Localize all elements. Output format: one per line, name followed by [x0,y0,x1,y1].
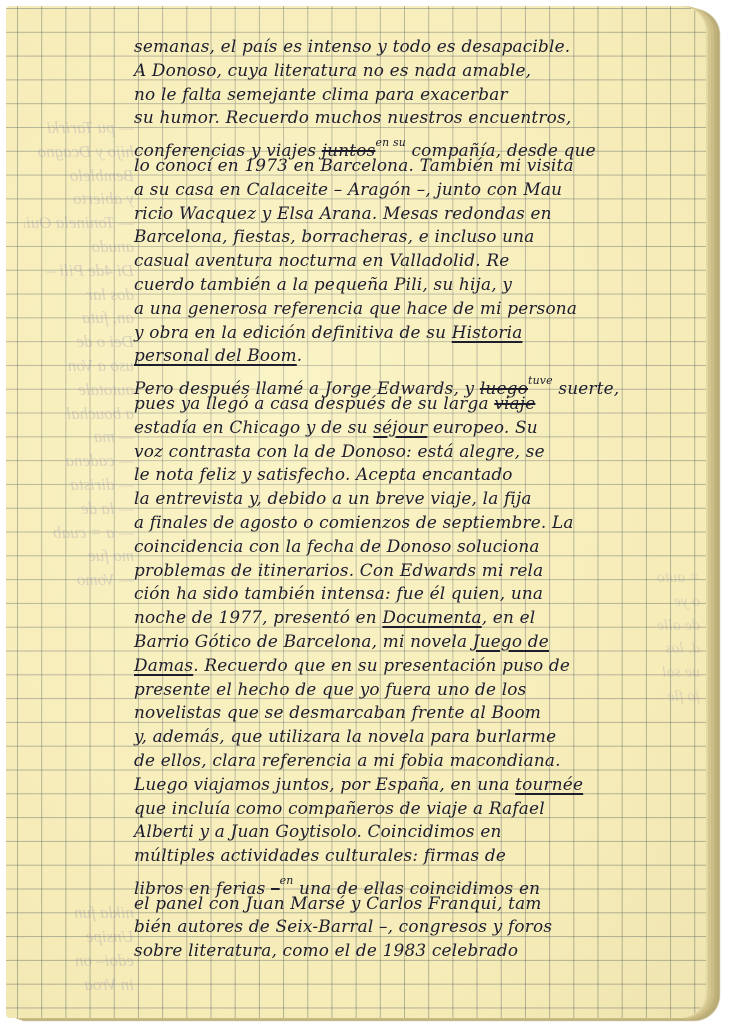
manuscript-line: que incluía como compañeros de viaje a R… [134,798,699,822]
bleed-through-line [24,854,134,878]
bleed-through-line: a bouchal [24,402,134,426]
line-text: que incluía como compañeros de viaje a R… [134,799,545,819]
manuscript-line: a finales de agosto o comienzos de septi… [134,512,699,536]
manuscript-line: libros en ferias –en una de ellas coinci… [134,869,699,893]
bleed-through-line: Bemblelo [24,164,134,188]
manuscript-line: su humor. Recuerdo muchos nuestros encue… [134,107,699,131]
bleed-through-line [24,878,134,902]
bleed-through-line: Unsipe [24,925,134,949]
manuscript-line: sobre literatura, como el de 1983 celebr… [134,940,699,964]
manuscript-line: a su casa en Calaceite – Aragón –, junto… [134,179,699,203]
underlined-title: Documenta [382,608,481,628]
bleed-through-line: uso a Von [24,354,134,378]
manuscript-line: noche de 1977, presentó en Documenta, en… [134,607,699,631]
bleed-through-line [24,806,134,830]
manuscript-line: problemas de itinerarios. Con Edwards mi… [134,560,699,584]
line-text: . [297,346,303,366]
manuscript-line: Alberti y a Juan Goytisolo. Coincidimos … [134,821,699,845]
bleed-through-line [24,640,134,664]
manuscript-line: voz contrasta con la de Donoso: está ale… [134,441,699,465]
manuscript-line: Damas. Recuerdo que en su presentación p… [134,655,699,679]
bleed-through-line: — Vomo [24,568,134,592]
manuscript-line: Barcelona, fiestas, borracheras, e inclu… [134,226,699,250]
bleed-through-line: hijo y Dcagno [24,140,134,164]
bleed-through-line: Di 4de Pili – [24,259,134,283]
bleed-through-line: autotale [24,378,134,402]
line-text: bién autores de Seix-Barral –, congresos… [134,917,552,937]
bleed-through-line: Dei o de [24,330,134,354]
manuscript-line: coincidencia con la fecha de Donoso solu… [134,536,699,560]
line-text: a finales de agosto o comienzos de septi… [134,513,574,533]
handwritten-text: semanas, el país es intenso y todo es de… [134,36,704,964]
manuscript-line: semanas, el país es intenso y todo es de… [134,36,699,60]
manuscript-line: a una generosa referencia que hace de mi… [134,298,699,322]
line-text: a su casa en Calaceite – Aragón –, junto… [134,180,562,200]
manuscript-line: Barrio Gótico de Barcelona, mi novela Ju… [134,631,699,655]
manuscript-line: múltiples actividades culturales: firmas… [134,845,699,869]
manuscript-line: Luego viajamos juntos, por España, en un… [134,774,699,798]
underlined-title: Historia [452,323,523,343]
bleed-through-line [24,830,134,854]
line-text: de ellos, clara referencia a mi fobia ma… [134,751,561,771]
underlined-title: tournée [515,775,583,795]
line-text: múltiples actividades culturales: firmas… [134,846,506,866]
manuscript-line: pues ya llegó a casa después de su larga… [134,393,699,417]
line-text: Barrio Gótico de Barcelona, mi novela [134,632,473,652]
underlined-title: personal del Boom [134,346,297,366]
manuscript-line: estadía en Chicago y de su séjour europe… [134,417,699,441]
underlined-title: Damas [134,656,193,676]
bleed-through-line [24,711,134,735]
line-text: su humor. Recuerdo muchos nuestros encue… [134,108,571,128]
line-text: casual aventura nocturna en Valladolid. … [134,251,509,271]
bleed-through-line [24,735,134,759]
line-text: Barcelona, fiestas, borracheras, e inclu… [134,227,534,247]
line-text: noche de 1977, presentó en [134,608,382,628]
bleed-through-line [24,687,134,711]
inserted-correction: tuve [528,374,553,387]
manuscript-line: la entrevista y, debido a un breve viaje… [134,488,699,512]
line-text: , en el [482,608,536,628]
manuscript-line: novelistas que se desmarcaban frente al … [134,702,699,726]
line-text: el panel con Juan Marsé y Carlos Franqui… [134,894,542,914]
line-text: coincidencia con la fecha de Donoso solu… [134,537,540,557]
line-text: le nota feliz y satisfecho. Acepta encan… [134,465,513,485]
manuscript-line: A Donoso, cuya literatura no es nada ama… [134,60,699,84]
notebook-page: — pu Tarirkihijo y DcagnoBembleloy abier… [6,6,706,1018]
manuscript-line: presente el hecho de que yo fuera uno de… [134,679,699,703]
manuscript-line: cuerdo también a la pequeña Pili, su hij… [134,274,699,298]
manuscript-line: de ellos, clara referencia a mi fobia ma… [134,750,699,774]
bleed-through-line: — ma [24,425,134,449]
bleed-through-line: in Vroa [24,973,134,997]
line-text: voz contrasta con la de Donoso: está ale… [134,442,545,462]
struck-out-word: viaje [494,394,535,414]
line-text: Luego viajamos juntos, por España, en un… [134,775,515,795]
line-text: A Donoso, cuya literatura no es nada ama… [134,61,531,81]
bleed-through-line: — la de [24,497,134,521]
line-text: novelistas que se desmarcaban frente al … [134,703,541,723]
manuscript-line: ricio Wacquez y Elsa Arana. Mesas redond… [134,203,699,227]
line-text: ricio Wacquez y Elsa Arana. Mesas redond… [134,204,552,224]
inserted-correction: en [280,874,294,887]
bleed-through-line [24,592,134,616]
manuscript-line: y, además, que utilizara la novela para … [134,726,699,750]
line-text: ción ha sido también intensa: fue él qui… [134,584,543,604]
line-text: sobre literatura, como el de 1983 celebr… [134,941,518,961]
bleed-through-line: y abierto [24,187,134,211]
bleed-through-line: edoi– on [24,949,134,973]
line-text: no le falta semejante clima para exacerb… [134,85,508,105]
bleed-through-line [24,759,134,783]
bleed-through-line: — cadena [24,449,134,473]
line-text: y, además, que utilizara la novela para … [134,727,556,747]
underlined-title: Juego de [473,632,549,652]
bleed-through-line: an, futa [24,306,134,330]
line-text: cuerdo también a la pequeña Pili, su hij… [134,275,512,295]
line-text: europeo. Su [427,418,537,438]
line-text: a una generosa referencia que hace de mi… [134,299,577,319]
line-text: semanas, el país es intenso y todo es de… [134,37,570,57]
line-text: pues ya llegó a casa después de su larga [134,394,494,414]
bleed-through-line: — Toninela Ouirtu [24,211,134,235]
bleed-through-line [24,616,134,640]
manuscript-line: le nota feliz y satisfecho. Acepta encan… [134,464,699,488]
bleed-through-line: dos lar [24,283,134,307]
line-text: Alberti y a Juan Goytisolo. Coincidimos … [134,822,502,842]
bleed-through-line: mo fue [24,544,134,568]
line-text: problemas de itinerarios. Con Edwards mi… [134,561,543,581]
bleed-through-line: — pu Tarirki [24,116,134,140]
inserted-correction: en su [375,136,406,149]
manuscript-line: conferencias y viajes juntosen su compañ… [134,131,699,155]
manuscript-line: y obra en la edición definitiva de su Hi… [134,322,699,346]
manuscript-line: casual aventura nocturna en Valladolid. … [134,250,699,274]
bleed-through-line: nikla fun [24,901,134,925]
bleed-through-line [24,663,134,687]
bleed-through-line: — dirista [24,473,134,497]
manuscript-line: bién autores de Seix-Barral –, congresos… [134,916,699,940]
manuscript-line: el panel con Juan Marsé y Carlos Franqui… [134,893,699,917]
bleed-through-left: — pu Tarirkihijo y DcagnoBembleloy abier… [24,116,134,996]
line-text: estadía en Chicago y de su [134,418,373,438]
line-text: lo conocí en 1973 en Barcelona. También … [134,156,574,176]
bleed-through-line: — a = cuab [24,521,134,545]
manuscript-line: personal del Boom. [134,345,699,369]
bleed-through-line: anudo [24,235,134,259]
line-text: presente el hecho de que yo fuera uno de… [134,680,526,700]
manuscript-line: ción ha sido también intensa: fue él qui… [134,583,699,607]
underlined-title: séjour [373,418,427,438]
line-text: . Recuerdo que en su presentación puso d… [193,656,570,676]
manuscript-line: lo conocí en 1973 en Barcelona. También … [134,155,699,179]
line-text: la entrevista y, debido a un breve viaje… [134,489,532,509]
bleed-through-line [24,782,134,806]
manuscript-line: Pero después llamé a Jorge Edwards, y lu… [134,369,699,393]
line-text: y obra en la edición definitiva de su [134,323,452,343]
manuscript-line: no le falta semejante clima para exacerb… [134,84,699,108]
